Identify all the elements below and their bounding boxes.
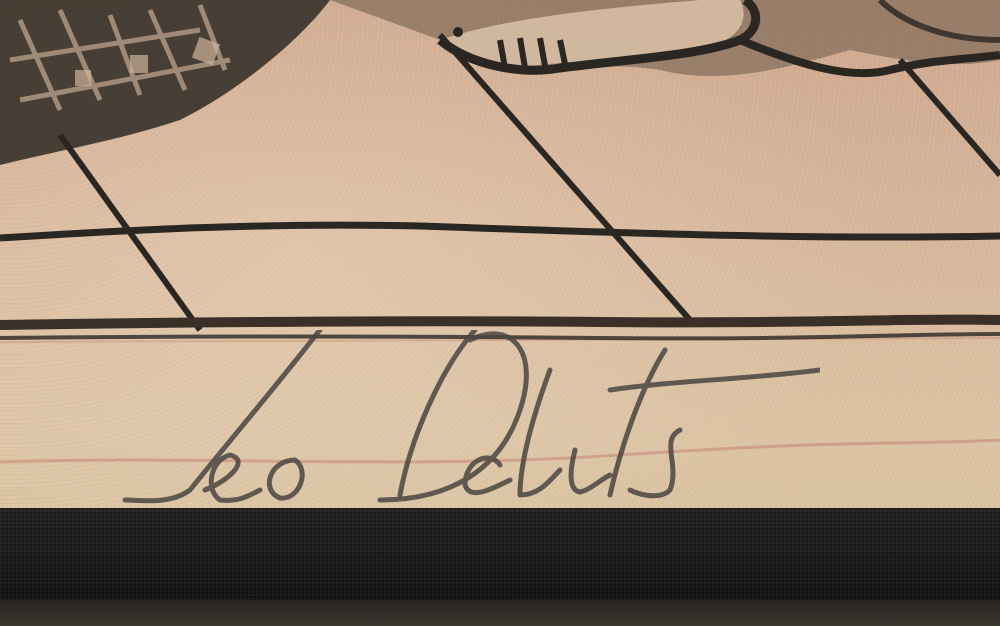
cloth-border xyxy=(0,508,1000,608)
mat-edge xyxy=(0,600,1000,626)
pencil-signature: Leo Dolits xyxy=(120,330,820,520)
photograph: Leo Dolits xyxy=(0,0,1000,626)
